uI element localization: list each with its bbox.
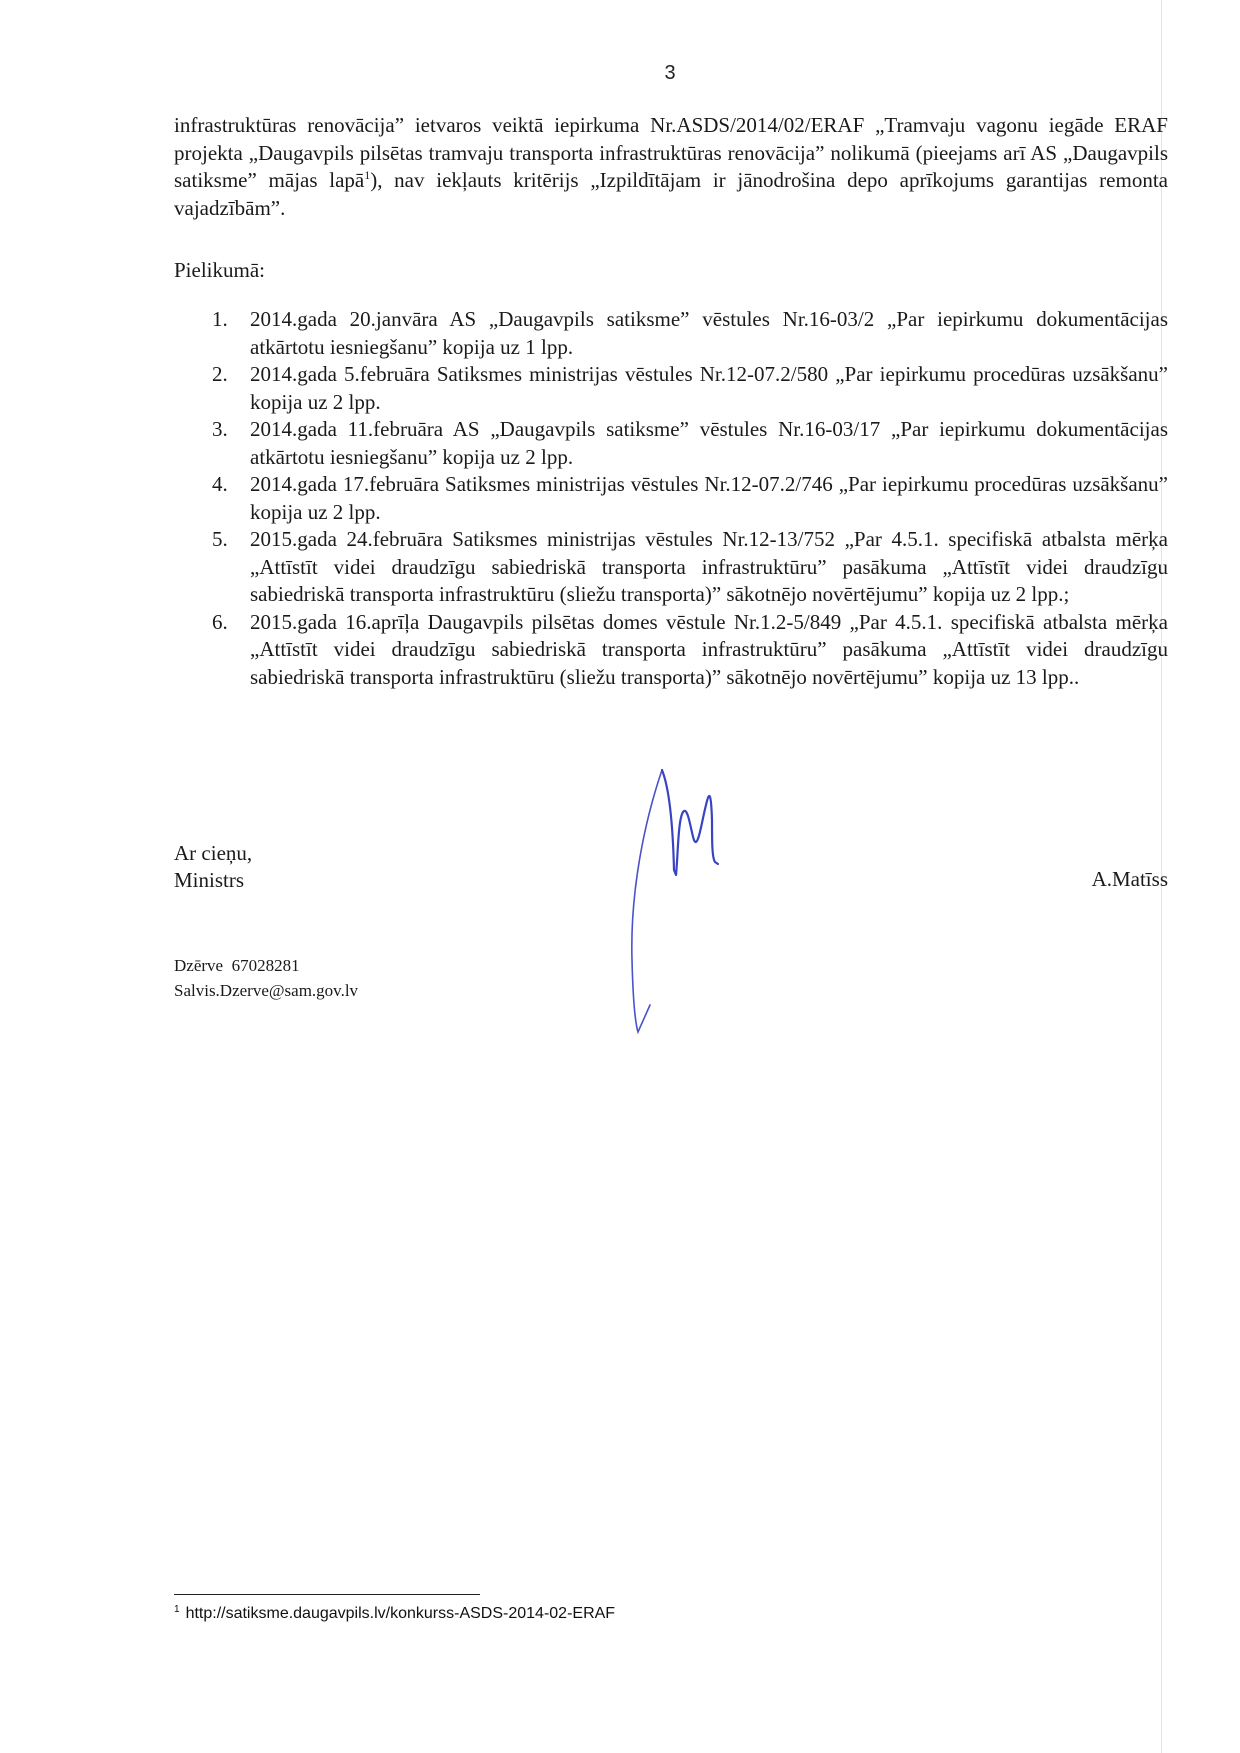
contact-block: Dzērve 67028281 Salvis.Dzerve@sam.gov.lv [174,953,358,1003]
annex-item: 4. 2014.gada 17.februāra Satiksmes minis… [174,471,1168,526]
footnote-marker: 1 [174,1604,180,1615]
annex-item-text: 2014.gada 17.februāra Satiksmes ministri… [250,472,1168,524]
contact-name-phone: Dzērve 67028281 [174,953,358,978]
annex-item: 1. 2014.gada 20.janvāra AS „Daugavpils s… [174,306,1168,361]
salutation: Ar cieņu, [174,840,252,867]
annex-item-text: 2015.gada 16.aprīļa Daugavpils pilsētas … [250,610,1168,689]
annex-item-number: 6. [212,609,228,637]
signer-position: Ministrs [174,867,252,894]
annex-item-text: 2015.gada 24.februāra Satiksmes ministri… [250,527,1168,606]
body-paragraph: infrastruktūras renovācija” ietvaros vei… [174,112,1168,222]
annex-list: 1. 2014.gada 20.janvāra AS „Daugavpils s… [174,306,1168,691]
annex-item: 6. 2015.gada 16.aprīļa Daugavpils pilsēt… [174,609,1168,692]
closing-block: Ar cieņu, Ministrs [174,840,252,894]
page-number: 3 [0,62,1240,85]
annex-item-text: 2014.gada 5.februāra Satiksmes ministrij… [250,362,1168,414]
annex-item-number: 2. [212,361,228,389]
footnote-link[interactable]: http://satiksme.daugavpils.lv/konkurss-A… [186,1605,616,1622]
annex-item: 5. 2015.gada 24.februāra Satiksmes minis… [174,526,1168,609]
signer-name: A.Matīss [1092,867,1168,892]
signature-icon [590,760,770,1040]
annex-item-text: 2014.gada 11.februāra AS „Daugavpils sat… [250,417,1168,469]
annex-item: 3. 2014.gada 11.februāra AS „Daugavpils … [174,416,1168,471]
annex-item-number: 3. [212,416,228,444]
annex-item: 2. 2014.gada 5.februāra Satiksmes minist… [174,361,1168,416]
contact-email[interactable]: Salvis.Dzerve@sam.gov.lv [174,978,358,1003]
annex-item-text: 2014.gada 20.janvāra AS „Daugavpils sati… [250,307,1168,359]
footnote: 1http://satiksme.daugavpils.lv/konkurss-… [174,1605,615,1623]
annex-title: Pielikumā: [174,258,265,283]
annex-item-number: 1. [212,306,228,334]
annex-item-number: 4. [212,471,228,499]
footnote-separator [174,1594,480,1595]
handwritten-signature [590,760,770,1045]
annex-item-number: 5. [212,526,228,554]
